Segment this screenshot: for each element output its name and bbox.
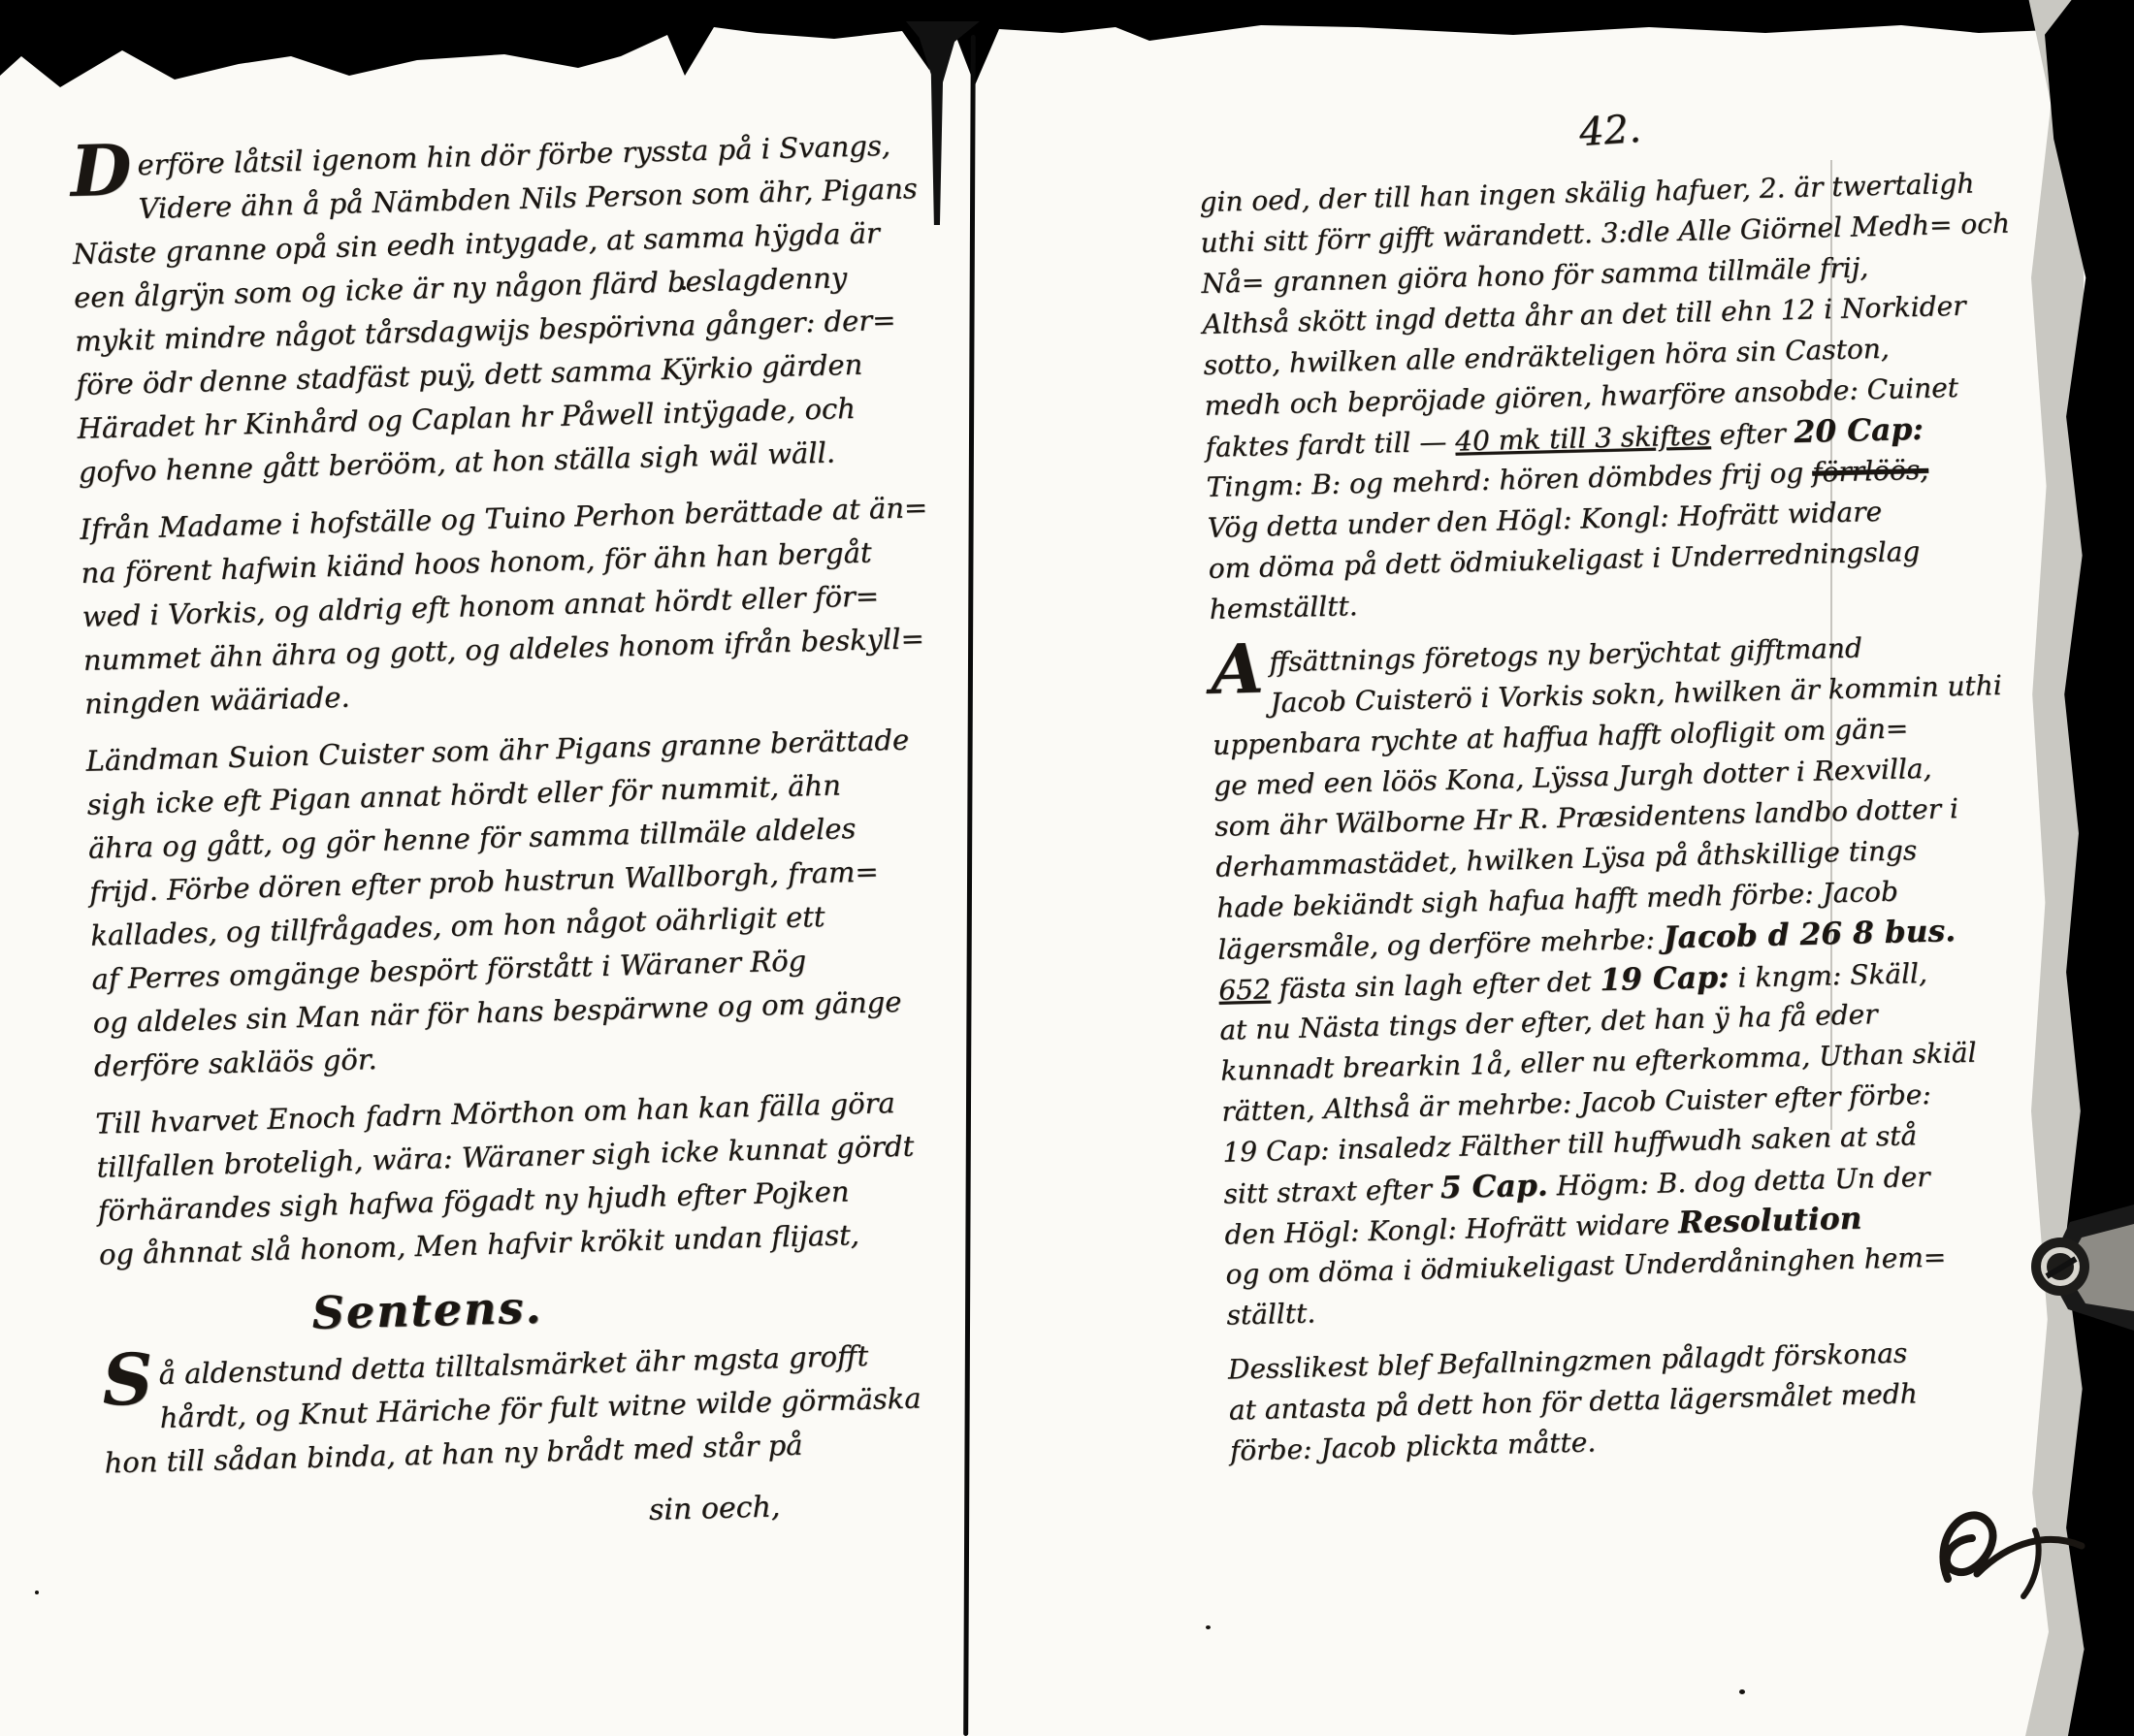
ink-speck bbox=[682, 286, 686, 290]
sentens-heading: Sentens. bbox=[311, 1269, 1013, 1339]
left-page-body: Derföre låtsil igenom hin dör förbe ryss… bbox=[70, 121, 1011, 1276]
manuscript-scan: 42. Derföre låtsil igenom hin dör förbe … bbox=[0, 0, 2134, 1736]
book-clasp bbox=[2000, 1195, 2134, 1340]
right-page-paragraph-2: Affsättnings företogs ny berÿchtat gifft… bbox=[1211, 624, 2048, 1335]
catchword: sin oech, bbox=[648, 1479, 1018, 1532]
left-page-sentens-body: Så aldenstund detta tilltalsmärket ähr m… bbox=[102, 1331, 1017, 1486]
right-page-text: gin oed, der till han ingen skälig hafue… bbox=[1199, 162, 2051, 1471]
ink-speck bbox=[35, 1591, 39, 1594]
right-page-paragraph-1: gin oed, der till han ingen skälig hafue… bbox=[1199, 162, 2030, 630]
ink-speck bbox=[1206, 1625, 1211, 1629]
ink-speck bbox=[1739, 1689, 1745, 1694]
page-number: 42. bbox=[1577, 107, 1642, 155]
signature-flourish bbox=[1919, 1482, 2103, 1627]
torn-top-edge bbox=[0, 0, 2134, 97]
right-page-paragraph-3: Desslikest blef Befallningzmen pålagdt f… bbox=[1227, 1330, 2051, 1472]
left-page-text: Derföre låtsil igenom hin dör förbe ryss… bbox=[70, 121, 1018, 1546]
